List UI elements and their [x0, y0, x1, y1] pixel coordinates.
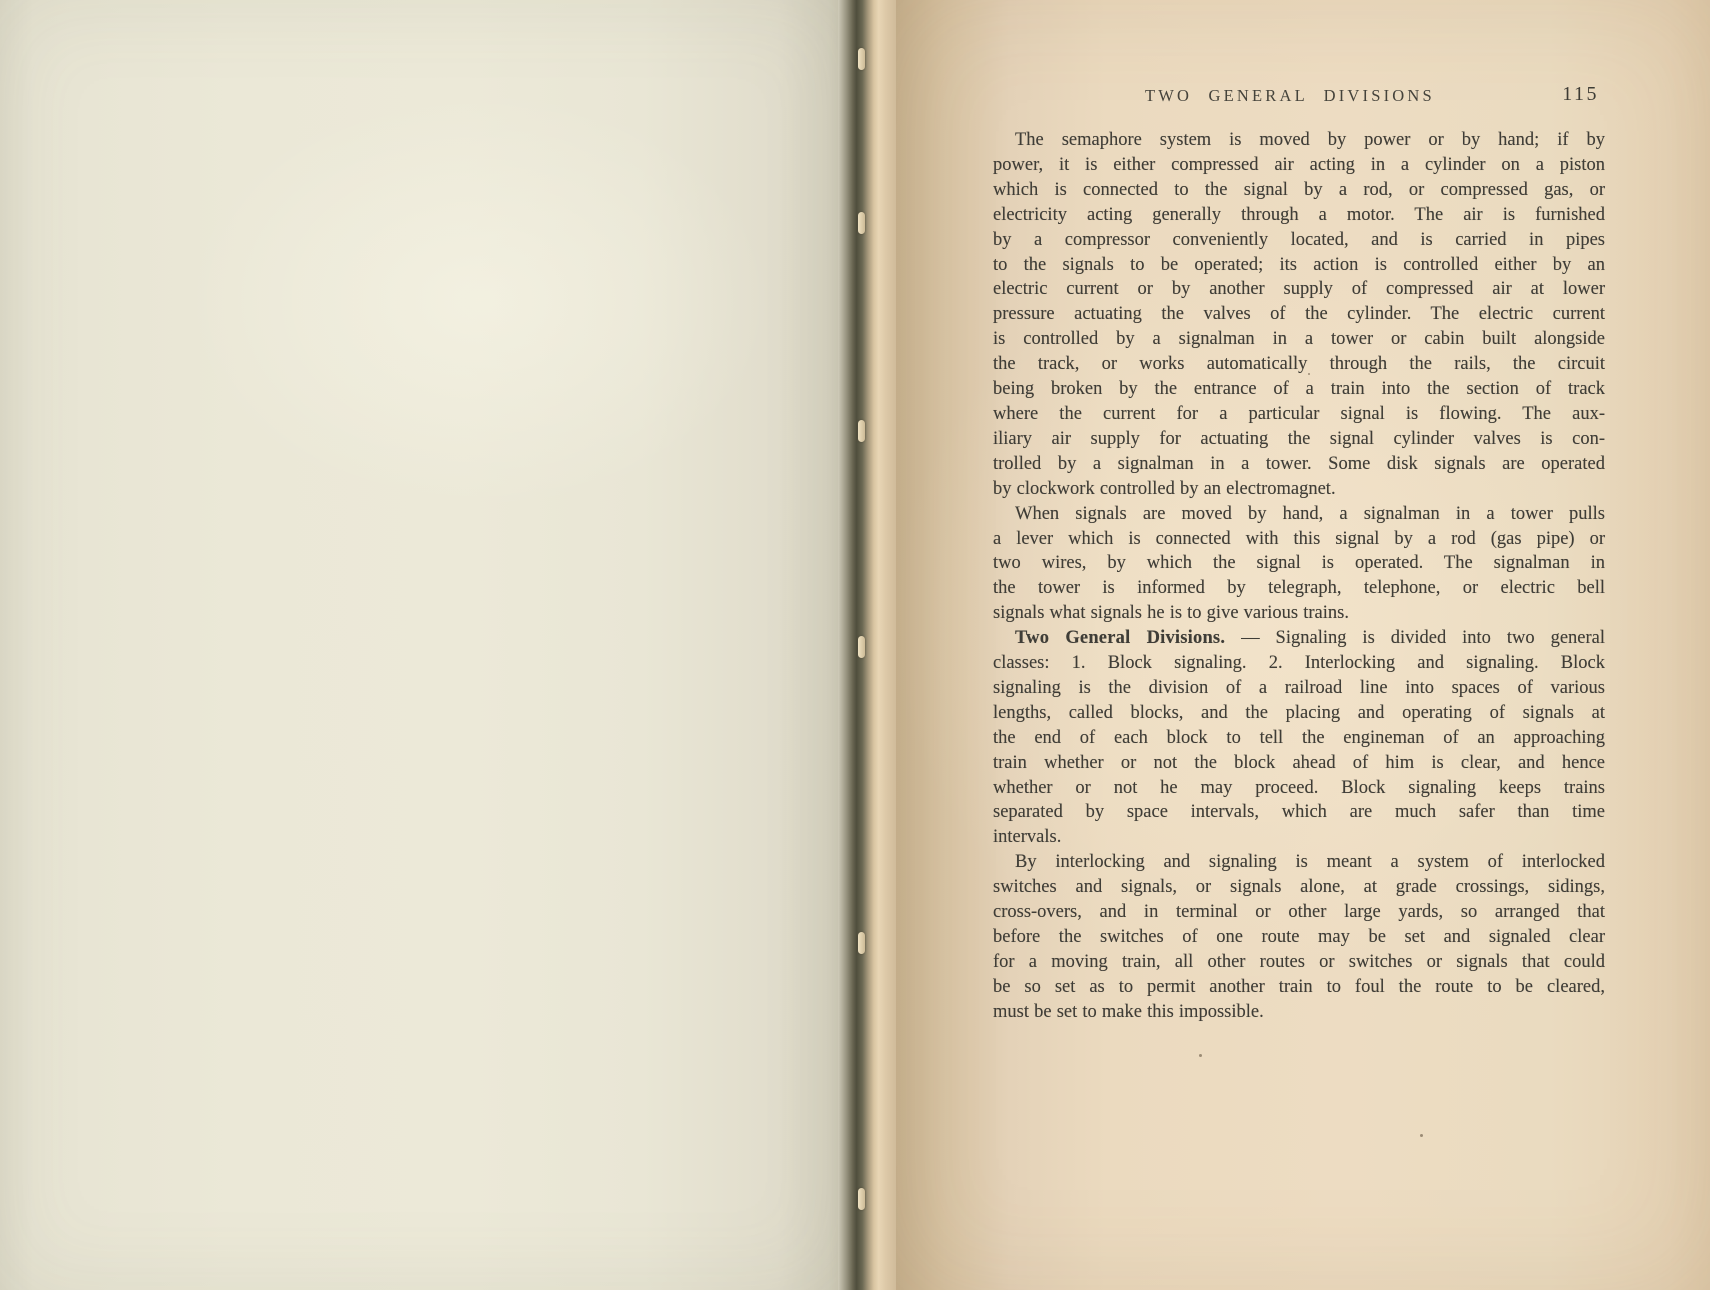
binding-stitch: [858, 932, 865, 954]
text-line: by a compressor conveniently located, an…: [993, 228, 1605, 253]
text-line: electric current or by another supply of…: [993, 277, 1605, 302]
text-line: a lever which is connected with this sig…: [993, 527, 1605, 552]
text-line: which is connected to the signal by a ro…: [993, 178, 1605, 203]
paragraph: Two General Divisions. — Signaling is di…: [993, 626, 1605, 850]
binding-stitch: [858, 636, 865, 658]
text-line: cross-overs, and in terminal or other la…: [993, 900, 1605, 925]
text-line: signals what signals he is to give vario…: [993, 601, 1605, 626]
paragraph: The semaphore system is moved by power o…: [993, 128, 1605, 502]
paragraph: By interlocking and signaling is meant a…: [993, 850, 1605, 1024]
text-line: When signals are moved by hand, a signal…: [993, 502, 1605, 527]
text-line: switches and signals, or signals alone, …: [993, 875, 1605, 900]
text-line: pressure actuating the valves of the cyl…: [993, 302, 1605, 327]
text-line: for a moving train, all other routes or …: [993, 950, 1605, 975]
text-line: the track, or works automatically throug…: [993, 352, 1605, 377]
text-line: power, it is either compressed air actin…: [993, 153, 1605, 178]
text-line: must be set to make this impossible.: [993, 1000, 1605, 1025]
text-line: being broken by the entrance of a train …: [993, 377, 1605, 402]
paragraph: When signals are moved by hand, a signal…: [993, 502, 1605, 627]
text-line: train whether or not the block ahead of …: [993, 751, 1605, 776]
text-line: by clockwork controlled by an electromag…: [993, 477, 1605, 502]
text-line: two wires, by which the signal is operat…: [993, 551, 1605, 576]
text-line: the end of each block to tell the engine…: [993, 726, 1605, 751]
text-line: electricity acting generally through a m…: [993, 203, 1605, 228]
binding-stitch: [858, 420, 865, 442]
text-line: lengths, called blocks, and the placing …: [993, 701, 1605, 726]
book-scan: TWO GENERAL DIVISIONS 115 The semaphore …: [0, 0, 1710, 1290]
text-line: before the switches of one route may be …: [993, 925, 1605, 950]
section-heading: Two General Divisions.: [1015, 628, 1225, 648]
text-line: be so set as to permit another train to …: [993, 975, 1605, 1000]
binding-stitch: [858, 212, 865, 234]
text-line: separated by space intervals, which are …: [993, 800, 1605, 825]
text-line: is controlled by a signalman in a tower …: [993, 327, 1605, 352]
text-line: Two General Divisions. — Signaling is di…: [993, 626, 1605, 651]
text-line: The semaphore system is moved by power o…: [993, 128, 1605, 153]
text-line: classes: 1. Block signaling. 2. Interloc…: [993, 651, 1605, 676]
text-line: trolled by a signalman in a tower. Some …: [993, 452, 1605, 477]
text-line: signaling is the division of a railroad …: [993, 676, 1605, 701]
text-line: iliary air supply for actuating the sign…: [993, 427, 1605, 452]
book-gutter: [838, 0, 896, 1290]
text-block: TWO GENERAL DIVISIONS 115 The semaphore …: [993, 0, 1605, 1290]
page-header: TWO GENERAL DIVISIONS 115: [993, 86, 1605, 116]
text-line: intervals.: [993, 825, 1605, 850]
binding-stitch: [858, 1188, 865, 1210]
text-line: whether or not he may proceed. Block sig…: [993, 776, 1605, 801]
text-line: where the current for a particular signa…: [993, 402, 1605, 427]
body-text: The semaphore system is moved by power o…: [993, 128, 1605, 1025]
text-line: By interlocking and signaling is meant a…: [993, 850, 1605, 875]
text-line: the tower is informed by telegraph, tele…: [993, 576, 1605, 601]
page-number: 115: [1562, 83, 1599, 106]
left-blank-page: [0, 0, 845, 1290]
running-title: TWO GENERAL DIVISIONS: [1145, 86, 1435, 106]
text-line: to the signals to be operated; its actio…: [993, 253, 1605, 278]
binding-stitch: [858, 48, 865, 70]
